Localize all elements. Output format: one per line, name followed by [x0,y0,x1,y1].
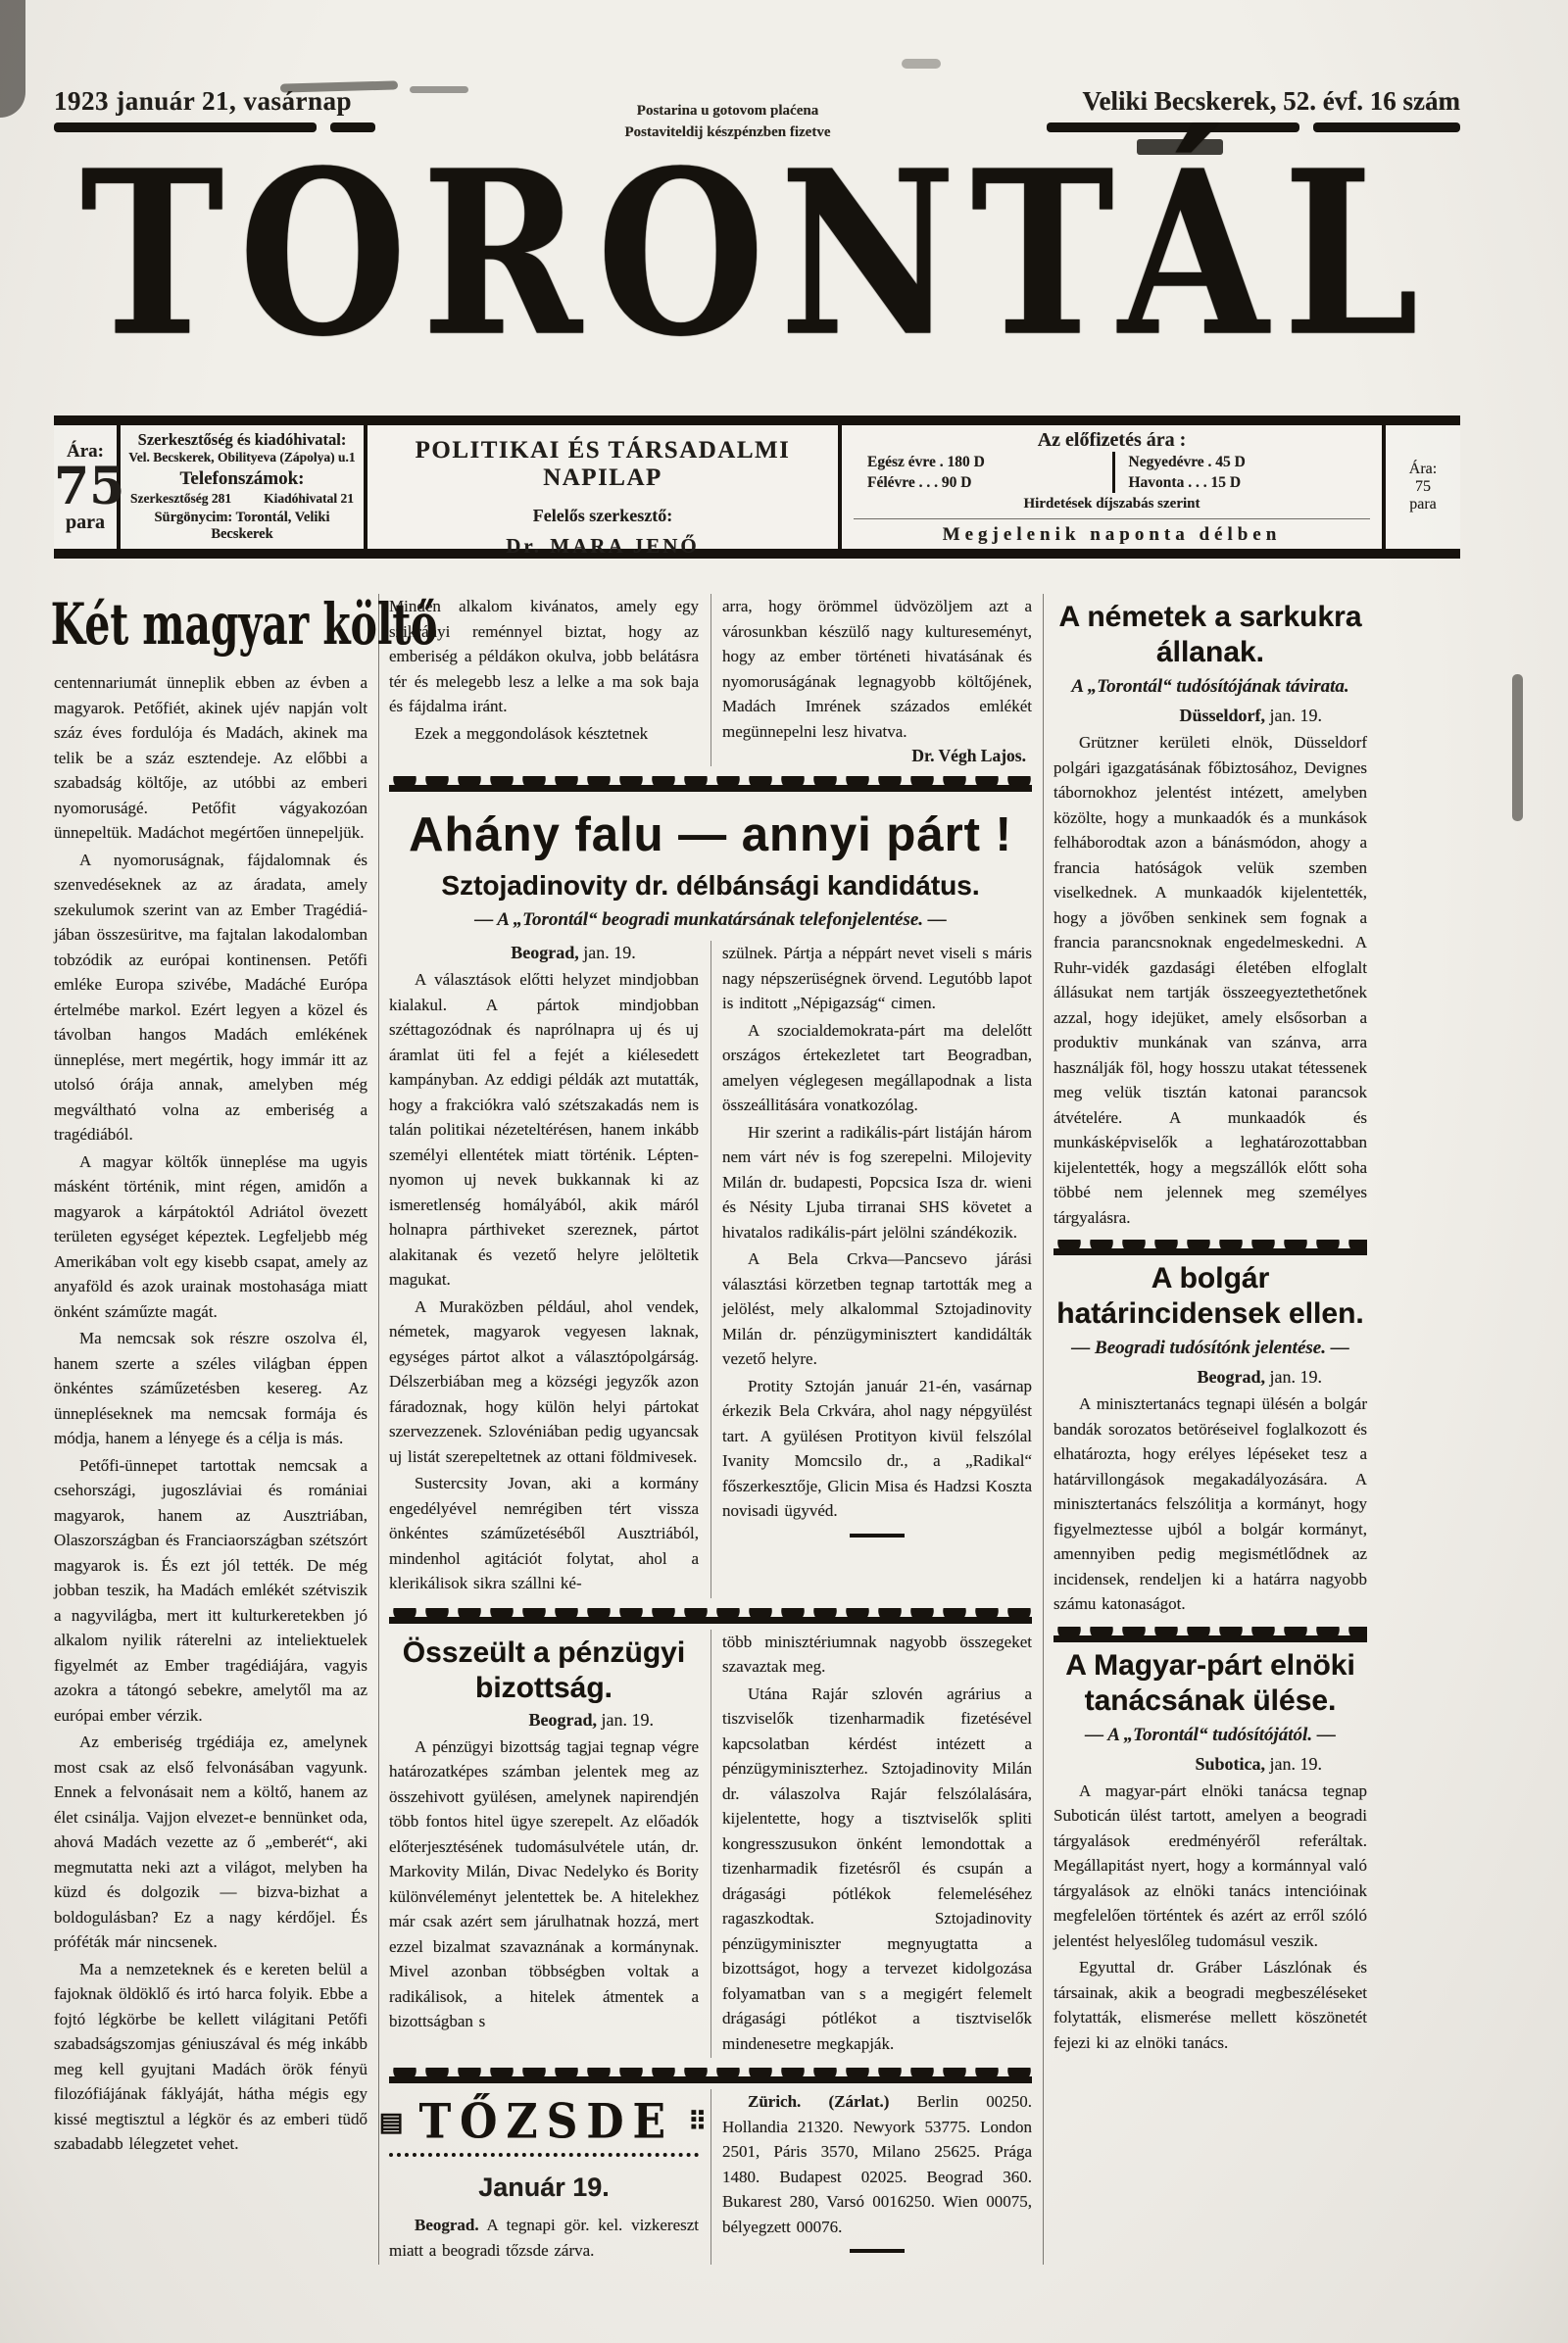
article-penzugyi: Összeült a pénzügyi bizottság. Beograd, … [389,1630,699,2059]
paragraph: Ma nemcsak sok részre oszolva él, hanem … [54,1326,367,1451]
column-rule [367,594,389,2265]
paragraph: Protity Sztoján január 21-én, vasárnap é… [722,1374,1032,1524]
scan-smudge [902,59,941,69]
dateline-place: Beograd, [1198,1367,1266,1387]
paper-type-box: POLITIKAI ÉS TÁRSADALMI NAPILAP Felelős … [367,425,838,549]
paragraph: Beograd. A tegnapi gör. kel. vizkereszt … [389,2213,699,2263]
dateline: Beograd, jan. 19. [389,943,699,963]
paragraph: Zürich. (Zárlat.) Berlin 00250. Hollandi… [722,2089,1032,2239]
column-rule [699,941,722,1598]
paper-type-line: POLITIKAI ÉS TÁRSADALMI NAPILAP [367,437,838,492]
end-rule [850,1534,905,1538]
dateline: Beograd, jan. 19. [389,1710,699,1731]
dateline-date: jan. 19. [583,943,636,962]
stock-exchange-row: ▤ TŐZSDE ⠿ Január 19. Beograd. A tegnapi… [389,2089,1032,2265]
masthead: TORONTÁL [54,125,1460,412]
subscription-box: Az előfizetés ára : Egész évre . 180 D N… [838,425,1382,549]
column-rule [1032,594,1053,2265]
paragraph: Utána Rajár szlovén agrárius a tiszvisel… [722,1682,1032,2057]
price-unit: para [1386,496,1460,513]
paragraph: A magyar-párt elnöki tanácsa tegnap Subo… [1053,1779,1367,1954]
editor-name: Dr. MARA JENŐ [367,534,838,559]
tozsde-block: ▤ TŐZSDE ⠿ Január 19. Beograd. A tegnapi… [389,2089,699,2265]
dateline-date: jan. 19. [1270,706,1323,725]
office-title: Szerkesztőség és kiadóhivatal: [126,430,358,450]
column-4: A németek a sarkukra állanak. A „Torontá… [1053,594,1367,2265]
phone-publisher: Kiadóhivatal 21 [264,491,354,507]
column-2-3: Minden alkalom kivánatos, amely egy szik… [389,594,1032,2265]
info-band: Ára: 75 para Szerkesztőség és kiadóhivat… [54,415,1460,559]
article-byline: — A „Torontál“ beogradi munkatársának te… [389,909,1032,931]
article-penzugyi-continuation: több minisztériumnak nagyobb összegeket … [722,1630,1032,2059]
newspaper-page: { "header": { "date": "1923 január 21, v… [0,0,1568,2343]
dateline-place: Beograd. [415,2216,479,2234]
paragraph: A szocialdemokrata-párt ma delelőtt orsz… [722,1018,1032,1118]
paragraph: Sustercsity Jovan, aki a kormány engedél… [389,1471,699,1596]
article-byline: — A „Torontál“ tudósítójától. — [1053,1725,1367,1746]
dateline-place: Düsseldorf, [1179,706,1265,725]
dateline-date: jan. 19. [602,1710,655,1730]
signature: Dr. Végh Lajos. [722,746,1032,766]
paragraph: A választások előtti helyzet mindjobban … [389,967,699,1293]
price-unit: para [54,512,117,534]
dateline: Beograd, jan. 19. [1053,1367,1367,1388]
end-rule [850,2249,905,2253]
price-value: 75 [1386,478,1460,496]
continuation-right: arra, hogy örömmel üdvözöljem azt a váro… [722,594,1032,766]
column-1: Két magyar költő centennariumát ünneplik… [54,594,367,2265]
paragraph: Ezek a meggondolások késztetnek [389,721,699,747]
dateline-place: Zürich. (Zárlat.) [748,2092,889,2111]
column-rule [699,594,722,766]
paragraph: A nyomoruságnak, fájdalomnak és szenvedé… [54,848,367,1147]
paragraph: Az emberiség trgédiája ez, amelynek most… [54,1730,367,1955]
ornament-icon: ▤ [379,2108,406,2137]
price-box-left: Ára: 75 para [54,425,121,549]
tozsde-title: TŐZSDE [418,2094,674,2149]
scallop-divider [1053,1240,1367,1255]
scallop-divider [389,776,1032,792]
telegraph-line: Sürgönycim: Torontál, Veliki Becskerek [126,510,358,543]
paragraph: Petőfi-ünnepet tartottak nemcsak a cseho… [54,1453,367,1729]
dateline-date: jan. 19. [1270,1367,1323,1387]
paragraph: több minisztériumnak nagyobb összegeket … [722,1630,1032,1680]
zurich-block: Zürich. (Zárlat.) Berlin 00250. Hollandi… [722,2089,1032,2265]
publish-line: Megjelenik naponta délben [854,518,1370,546]
scallop-divider [389,1608,1032,1624]
column-rule [699,1630,722,2059]
phone-editorial: Szerkesztőség 281 [130,491,231,507]
price-label: Ára: [1386,461,1460,478]
paragraph: Egyuttal dr. Gráber Lászlónak és társain… [1053,1955,1367,2055]
article-title: A bolgár határincidensek ellen. [1053,1261,1367,1332]
paragraph: szülnek. Pártja a néppárt nevet viseli s… [722,941,1032,1016]
office-box: Szerkesztőség és kiadóhivatal: Vel. Becs… [121,425,367,549]
price-box-right: Ára: 75 para [1382,425,1460,549]
paragraph: A minisztertanács tegnapi ülésén a bolgá… [1053,1391,1367,1617]
subscription-row-2: Félévre . . . 90 D Havonta . . . 15 D [854,472,1370,493]
article-header: Ahány falu — annyi párt ! Sztojadinovity… [389,798,1032,941]
ads-line: Hirdetések díjszabás szerint [854,496,1370,513]
article-penzugyi-row: Összeült a pénzügyi bizottság. Beograd, … [389,1630,1032,2059]
article-byline: — Beogradi tudósítónk jelentése. — [1053,1338,1367,1359]
article-nemetek: A németek a sarkukra állanak. A „Torontá… [1053,600,1367,1230]
dateline-place: Beograd, [529,1710,598,1730]
masthead-title: TORONTÁL [80,102,1434,406]
editorial-continuation: Minden alkalom kivánatos, amely egy szik… [389,594,1032,766]
paragraph-text: Berlin 00250. Hollandia 21320. Newyork 5… [722,2092,1032,2236]
article-title: Két magyar költő [51,594,370,657]
article-body-left: Beograd, jan. 19. A választások előtti h… [389,941,699,1598]
paragraph: Grützner kerületi elnök, Düsseldorf polg… [1053,730,1367,1230]
subscription-title: Az előfizetés ára : [854,429,1370,452]
scan-smudge [1512,674,1523,821]
tozsde-header: ▤ TŐZSDE ⠿ [389,2093,699,2157]
paragraph: A pénzügyi bizottság tagjai tegnap végre… [389,1734,699,2034]
subs-yearly: Egész évre . 180 D [854,452,1112,472]
article-title: Ahány falu — annyi párt ! [389,807,1032,862]
article-byline: A „Torontál“ tudósítójának távirata. [1053,676,1367,698]
dateline-place: Subotica, [1195,1754,1265,1774]
paragraph: A magyar költők ünneplése ma ugyis máské… [54,1149,367,1325]
price-value: 75 [54,463,117,512]
subscription-row-1: Egész évre . 180 D Negyedévre . 45 D [854,452,1370,472]
paragraph: A Bela Crkva—Pancsevo járási választási … [722,1246,1032,1372]
column-rule [699,2089,722,2265]
scan-smudge [0,0,25,118]
article-body-right: szülnek. Pártja a néppárt nevet viseli s… [722,941,1032,1598]
paragraph: Ma a nemzeteknek és e kereten belül a fa… [54,1957,367,2157]
article-title: Összeült a pénzügyi bizottság. [389,1635,699,1706]
scallop-divider [389,2068,1032,2083]
paragraph: Hir szerint a radikális-párt listáján há… [722,1120,1032,1245]
dateline: Düsseldorf, jan. 19. [1053,706,1367,726]
paragraph: centennariumát ünneplik ebben az évben a… [54,670,367,846]
scallop-divider [1053,1627,1367,1642]
phones-title: Telefonszámok: [126,468,358,490]
article-ket-magyar-kolto: Két magyar költő centennariumát ünneplik… [54,594,367,2157]
dateline: Subotica, jan. 19. [1053,1754,1367,1775]
article-title: A németek a sarkukra állanak. [1053,600,1367,670]
dateline-place: Beograd, [511,943,579,962]
subs-quarterly: Negyedévre . 45 D [1112,452,1371,472]
tozsde-date: Január 19. [389,2172,699,2203]
article-title: A Magyar-párt elnöki tanácsának ülése. [1053,1648,1367,1719]
main-content: Két magyar költő centennariumát ünneplik… [54,594,1367,2265]
paragraph: A Muraközben például, ahol vendek, német… [389,1294,699,1470]
editor-label: Felelős szerkesztő: [367,506,838,526]
dateline-date: jan. 19. [1270,1754,1323,1774]
article-body: Beograd, jan. 19. A választások előtti h… [389,941,1032,1598]
phones-row: Szerkesztőség 281 Kiadóhivatal 21 [126,490,358,508]
subs-halfyear: Félévre . . . 90 D [854,472,1112,493]
article-subtitle: Sztojadinovity dr. délbánsági kandidátus… [389,868,1032,903]
article-bolgar: A bolgár határincidensek ellen. — Beogra… [1053,1261,1367,1617]
office-address: Vel. Becskerek, Obilityeva (Zápolya) u.1 [126,450,358,465]
subs-monthly: Havonta . . . 15 D [1112,472,1371,493]
article-ahany-falu: Ahány falu — annyi párt ! Sztojadinovity… [389,798,1032,1598]
article-magyar-part: A Magyar-párt elnöki tanácsának ülése. —… [1053,1648,1367,2056]
paragraph: arra, hogy örömmel üdvözöljem azt a váro… [722,594,1032,744]
